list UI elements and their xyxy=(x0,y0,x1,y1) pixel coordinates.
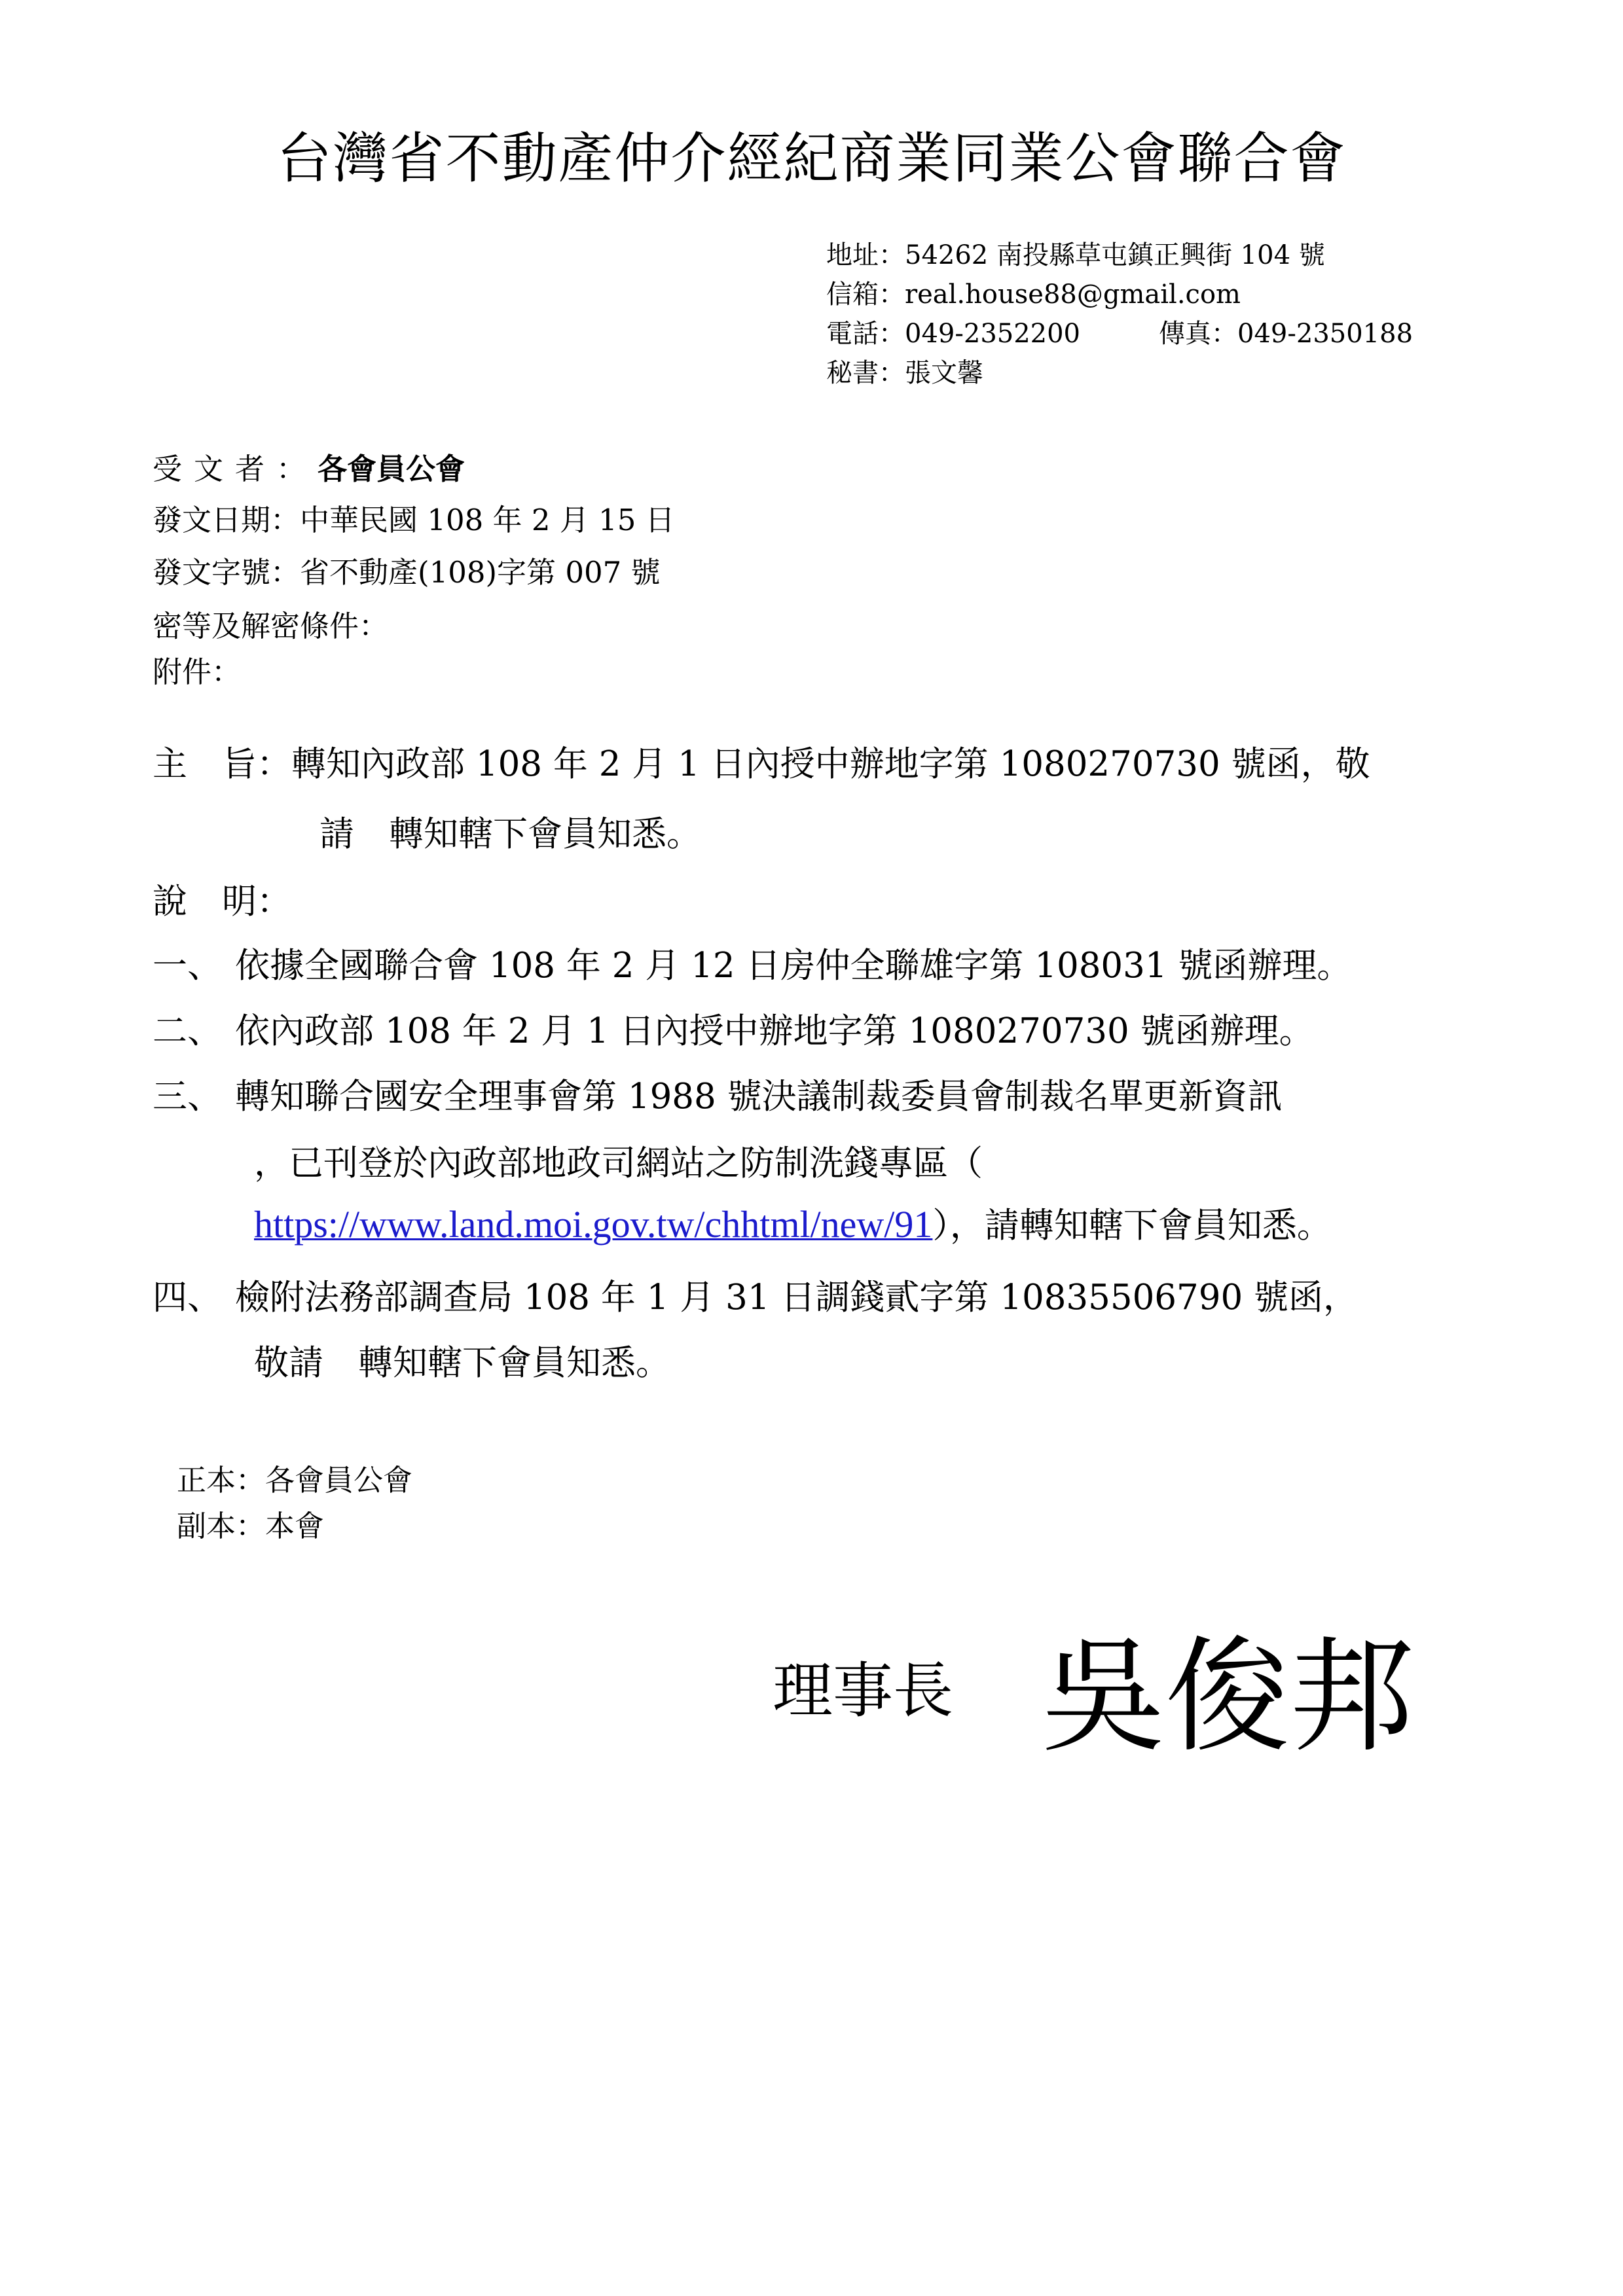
docno-value: 省不動產(108)字第 007 號 xyxy=(300,555,661,590)
phone-value: 049-2352200 xyxy=(905,319,1080,349)
subject-text-2: 請 轉知轄下會員知悉。 xyxy=(319,814,701,854)
item-text: ，已刊登於內政部地政司網站之防制洗錢專區（ xyxy=(254,1143,983,1183)
item-marker: 三、 xyxy=(153,1077,222,1117)
item-text: 檢附法務部調查局 108 年 1 月 31 日調錢貳字第 10835506790… xyxy=(235,1278,1358,1318)
item-marker: 一、 xyxy=(153,946,222,986)
subject-line-1: 主 旨：轉知內政部 108 年 2 月 1 日內授中辦地字第 108027073… xyxy=(153,736,1370,786)
item-text: 敬請 轉知轄下會員知悉。 xyxy=(254,1343,670,1383)
moi-aml-link[interactable]: https://www.land.moi.gov.tw/chhtml/new/9… xyxy=(254,1203,932,1246)
explanation-item-3-line-2: ，已刊登於內政部地政司網站之防制洗錢專區（ xyxy=(254,1136,983,1185)
item-text: ），請轉知轄下會員知悉。 xyxy=(932,1206,1332,1246)
subject-label: 主 旨： xyxy=(153,744,291,784)
address-line: 地址：54262 南投縣草屯鎮正興街 104 號 xyxy=(826,236,1413,275)
original-label: 正本： xyxy=(177,1463,265,1498)
item-marker: 四、 xyxy=(153,1278,222,1318)
explanation-label: 說 明： xyxy=(153,874,291,924)
date-row: 發文日期：中華民國 108 年 2 月 15 日 xyxy=(153,496,675,539)
email-label: 信箱： xyxy=(826,279,905,310)
item-text: 轉知聯合國安全理事會第 1988 號決議制裁委員會制裁名單更新資訊 xyxy=(235,1077,1283,1117)
original-recipient-row: 正本：各會員公會 xyxy=(177,1456,412,1499)
docno-row: 發文字號：省不動產(108)字第 007 號 xyxy=(153,548,661,591)
secretary-value: 張文馨 xyxy=(905,358,983,388)
copy-recipient-row: 副本：本會 xyxy=(177,1502,324,1545)
explanation-item-4-line-2: 敬請 轉知轄下會員知悉。 xyxy=(254,1335,670,1385)
item-marker: 二、 xyxy=(153,1011,222,1051)
address-value: 54262 南投縣草屯鎮正興街 104 號 xyxy=(905,240,1325,270)
organization-title: 台灣省不動產仲介經紀商業同業公會聯合會 xyxy=(0,115,1623,194)
item-text: 依內政部 108 年 2 月 1 日內授中辦地字第 1080270730 號函辦… xyxy=(235,1011,1314,1051)
explanation-item-2: 二、依內政部 108 年 2 月 1 日內授中辦地字第 1080270730 號… xyxy=(153,1003,1314,1053)
recipient-value: 各會員公會 xyxy=(318,452,465,486)
fax-label: 傳真： xyxy=(1159,319,1237,349)
copy-label: 副本： xyxy=(177,1509,265,1543)
phone-line: 電話：049-2352200傳真：049-2350188 xyxy=(826,314,1413,353)
explanation-item-3: 三、轉知聯合國安全理事會第 1988 號決議制裁委員會制裁名單更新資訊 xyxy=(153,1069,1283,1119)
original-value: 各會員公會 xyxy=(265,1463,412,1498)
security-row: 密等及解密條件： xyxy=(153,602,388,645)
copy-value: 本會 xyxy=(265,1509,324,1543)
item-text: 依據全國聯合會 108 年 2 月 12 日房仲全聯雄字第 108031 號函辦… xyxy=(235,946,1351,986)
email-value: real.house88@gmail.com xyxy=(905,279,1241,310)
secretary-line: 秘書：張文馨 xyxy=(826,353,1413,393)
security-label: 密等及解密條件： xyxy=(153,609,388,643)
explanation-item-1: 一、依據全國聯合會 108 年 2 月 12 日房仲全聯雄字第 108031 號… xyxy=(153,938,1351,988)
explanation-item-3-line-3: https://www.land.moi.gov.tw/chhtml/new/9… xyxy=(254,1198,1332,1247)
date-label: 發文日期： xyxy=(153,503,300,537)
recipient-label: 受文者： xyxy=(153,452,318,486)
phone-label: 電話： xyxy=(826,319,905,349)
contact-block: 地址：54262 南投縣草屯鎮正興街 104 號 信箱：real.house88… xyxy=(826,236,1413,393)
secretary-label: 秘書： xyxy=(826,358,905,388)
signatory-title: 理事長 xyxy=(773,1643,953,1729)
subject-text-1: 轉知內政部 108 年 2 月 1 日內授中辦地字第 1080270730 號函… xyxy=(291,744,1370,784)
date-value: 中華民國 108 年 2 月 15 日 xyxy=(300,503,675,537)
attachment-label: 附件： xyxy=(153,655,241,689)
fax-value: 049-2350188 xyxy=(1237,319,1413,349)
explanation-item-4: 四、檢附法務部調查局 108 年 1 月 31 日調錢貳字第 108355067… xyxy=(153,1270,1358,1319)
address-label: 地址： xyxy=(826,240,905,270)
email-line: 信箱：real.house88@gmail.com xyxy=(826,275,1413,314)
docno-label: 發文字號： xyxy=(153,555,300,590)
subject-line-2: 請 轉知轄下會員知悉。 xyxy=(319,806,701,856)
attachment-row: 附件： xyxy=(153,648,241,691)
signatory-name: 吳俊邦 xyxy=(1041,1597,1414,1776)
recipient-row: 受文者：各會員公會 xyxy=(153,445,465,488)
